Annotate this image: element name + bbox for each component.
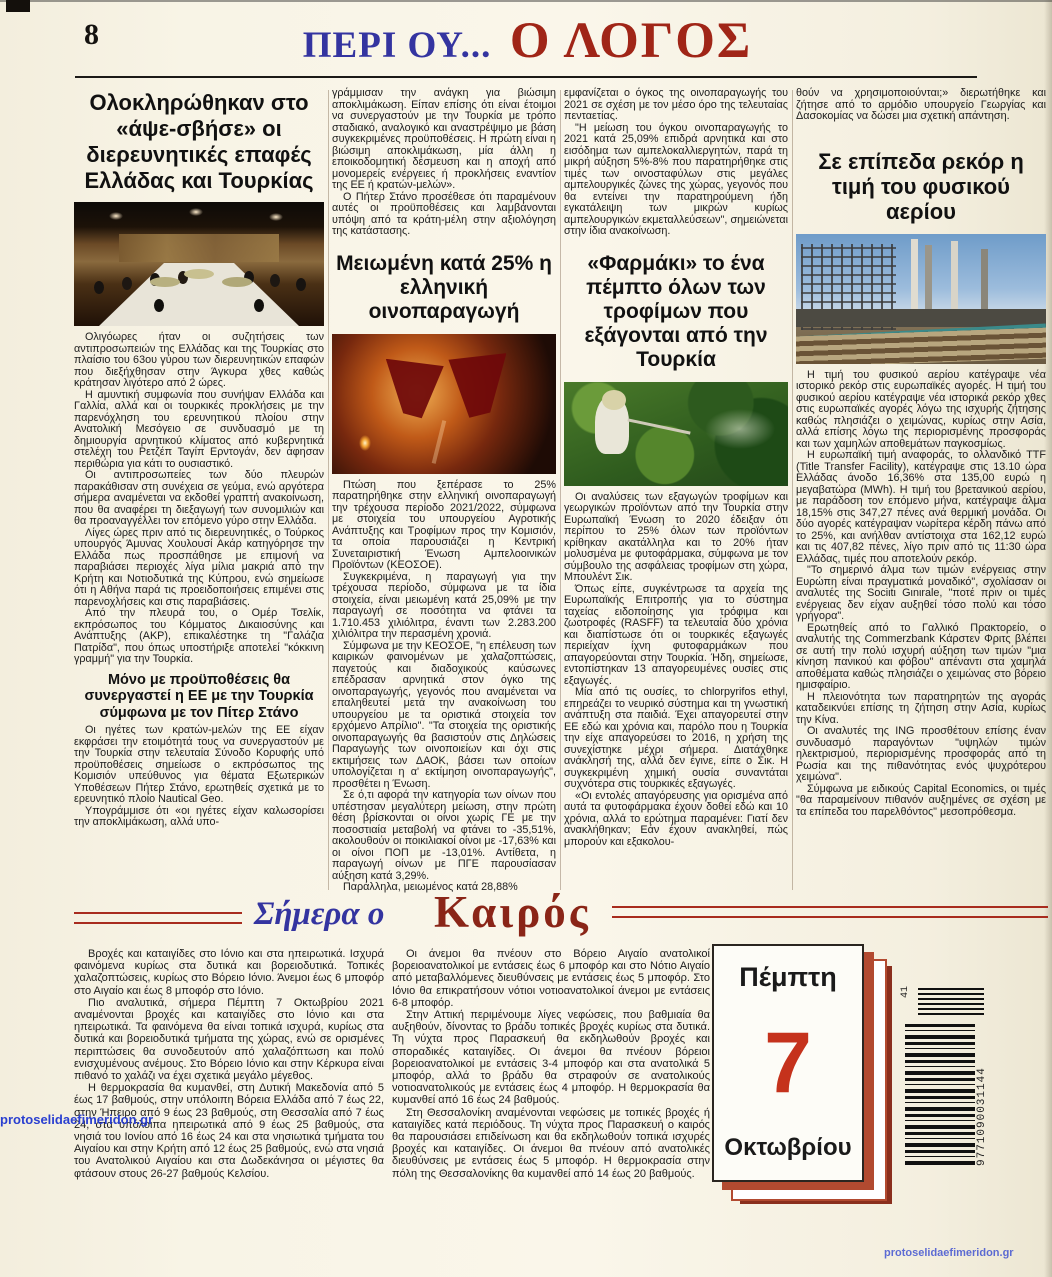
column-3: εμφανίζεται ο όγκος της οινοπαραγωγής το…	[564, 88, 788, 848]
ceiling-light-shape	[269, 213, 283, 221]
structure-band-shape	[796, 309, 1046, 327]
paragraph: Συγκεκριμένα, η παραγωγή για την τρέχουσ…	[332, 572, 556, 641]
wine-glass-shape	[448, 353, 506, 419]
weather-divider-right	[612, 906, 1048, 918]
weather-divider-left	[74, 912, 242, 924]
paragraph: Στην Αττική περιμένουμε λίγες νεφώσεις, …	[392, 1009, 710, 1107]
paragraph: Βροχές και καταιγίδες στο Ιόνιο και στα …	[74, 948, 384, 997]
pesticide-photo	[564, 382, 788, 486]
centerpiece-flowers-shape	[184, 269, 214, 279]
paragraph: Σε ό,τι αφορά την κατηγορία των οίνων πο…	[332, 790, 556, 882]
section-title: ΠΕΡΙ ΟΥ...	[303, 25, 492, 66]
paragraph: Η αμυντική συμφωνία που συνήψαν Ελλάδα κ…	[74, 390, 324, 471]
weather-title-prefix: Σήμερα ο	[254, 896, 384, 933]
article-headline: Μειωμένη κατά 25% η ελληνική οινοπαραγωγ…	[332, 252, 556, 324]
spray-mist-shape	[705, 409, 775, 449]
paragraph: Σύμφωνα με ειδικούς Capital Economics, ο…	[796, 784, 1046, 819]
article-gas-record: Σε επίπεδα ρεκόρ η τιμή του φυσικού αερί…	[796, 149, 1046, 819]
pipe-rack-shape	[796, 328, 1046, 364]
article-headline: Ολοκληρώθηκαν στο «άψε-σβήσε» οι διερευν…	[74, 90, 324, 194]
paragraph: Ο Πήτερ Στάνο προσέθεσε ότι παραμένουν α…	[332, 192, 556, 238]
barcode-number: 9771090031144	[976, 1024, 988, 1166]
calendar-date: 7	[764, 1027, 812, 1100]
wine-glass-shape	[386, 359, 444, 421]
article-greece-turkey-talks: Ολοκληρώθηκαν στο «άψε-σβήσε» οι διερευν…	[74, 88, 324, 829]
article-food-exports: «Φαρμάκι» το ένα πέμπτο όλων των τροφίμω…	[564, 252, 788, 849]
tearoff-calendar: Πέμπτη 7 Οκτωβρίου	[712, 944, 922, 1206]
delegates-shapes	[94, 281, 104, 294]
paragraph: Ολιγόωρες ήταν οι συζητήσεις των αντιπρο…	[74, 332, 324, 390]
hood-shape	[602, 390, 626, 410]
scan-corner-mark	[6, 0, 30, 12]
ceiling-light-shape	[189, 208, 203, 216]
issn-barcode	[905, 1024, 975, 1166]
paragraph: Οι άνεμοι θα πνέουν στο Βόρειο Αιγαίο αν…	[392, 948, 710, 1009]
column-rule	[792, 90, 793, 890]
paragraph: Ερωτηθείς από το Γαλλικό Πρακτορείο, ο α…	[796, 623, 1046, 692]
weather-column-general: Βροχές και καταιγίδες στο Ιόνιο και στα …	[74, 948, 384, 1180]
wine-photo	[332, 334, 556, 474]
calendar-month: Οκτωβρίου	[724, 1134, 851, 1162]
column-4: θούν να χρησιμοποιούνται;» διερωτήθηκε κ…	[796, 88, 1046, 818]
wall-tapestry-shape	[119, 234, 279, 261]
glass-stem-shape	[432, 420, 447, 464]
watermark-site: protoselidaefimeridon.gr	[0, 1112, 153, 1127]
paragraph: "Η μείωση του όγκου οινοπαραγωγής το 202…	[564, 123, 788, 238]
paragraph: Από την πλευρά του, ο Ομέρ Τσελίκ, εκπρό…	[74, 608, 324, 666]
paragraph: Οι αναλύσεις των εξαγωγών τροφίμων και γ…	[564, 492, 788, 584]
column-rule	[560, 90, 561, 890]
candle-flame-shape	[359, 435, 371, 451]
paragraph: εμφανίζεται ο όγκος της οινοπαραγωγής το…	[564, 88, 788, 123]
paragraph: Υπογράμμισε ότι «οι ηγέτες είχαν καλωσορ…	[74, 806, 324, 829]
newspaper-page: 8 ΠΕΡΙ ΟΥ... Ο ΛΟΓΟΣ Ολοκληρώθηκαν στο «…	[0, 0, 1052, 1277]
watermark-site: protoselidaefimeridon.gr	[884, 1247, 1014, 1259]
paragraph: Στη Θεσσαλονίκη αναμένονται νεφώσεις με …	[392, 1107, 710, 1180]
column-rule	[328, 90, 329, 890]
paragraph: Οι αναλυτές της ING προσθέτουν επίσης έν…	[796, 726, 1046, 784]
chimney-shapes	[911, 239, 918, 314]
article-wine-production: Μειωμένη κατά 25% η ελληνική οινοπαραγωγ…	[332, 252, 556, 894]
paragraph: Η ευρωπαϊκή τιμή αναφοράς, το ολλανδικό …	[796, 450, 1046, 565]
paragraph: Οι αντιπροσωπείες των δύο πλευρών παρακά…	[74, 470, 324, 528]
issn-barcode-top	[918, 988, 984, 1016]
paragraph: Όπως είπε, συγκέντρωσε τα αρχεία της Ευρ…	[564, 584, 788, 688]
paragraph: Πιο αναλυτικά, σήμερα Πέμπτη 7 Οκτωβρίου…	[74, 997, 384, 1082]
barcode-top-number: 41	[900, 986, 911, 998]
spray-wand-shape	[627, 419, 690, 435]
paragraph: Η θερμοκρασία θα κυμανθεί, στη Δυτική Μα…	[74, 1082, 384, 1180]
ceiling-light-shape	[109, 212, 123, 220]
scan-top-edge	[0, 0, 1052, 2]
paragraph: Μία από τις ουσίες, το chlorpyrifos ethy…	[564, 687, 788, 791]
paragraph: Λίγες ώρες πριν από τις διερευνητικές, ο…	[74, 528, 324, 609]
talks-photo	[74, 202, 324, 326]
paragraph: γράμμισαν την ανάγκη για βιώσιμη αποκλιμ…	[332, 88, 556, 192]
weather-column-winds: Οι άνεμοι θα πνέουν στο Βόρειο Αιγαίο αν…	[392, 948, 710, 1180]
paragraph: Οι ηγέτες των κρατών-μελών της ΕΕ είχαν …	[74, 725, 324, 806]
paragraph: «Οι εντολές απαγόρευσης για ορισμένα από…	[564, 791, 788, 849]
paragraph: Πτώση που ξεπέρασε το 25% παρατηρήθηκε σ…	[332, 480, 556, 572]
calendar-day: Πέμπτη	[739, 962, 836, 993]
paragraph: "Το σημερινό άλμα των τιμών ενέργειας στ…	[796, 565, 1046, 623]
gas-plant-photo	[796, 234, 1046, 364]
paragraph: θούν να χρησιμοποιούνται;» διερωτήθηκε κ…	[796, 88, 1046, 123]
masthead: ΠΕΡΙ ΟΥ... Ο ΛΟΓΟΣ	[75, 12, 980, 70]
article-headline: Σε επίπεδα ρεκόρ η τιμή του φυσικού αερί…	[796, 149, 1046, 224]
calendar-front-page: Πέμπτη 7 Οκτωβρίου	[712, 944, 864, 1182]
paragraph: Η πλειονότητα των παρατηρητών της αγοράς…	[796, 692, 1046, 727]
weather-title-main: Καιρός	[434, 886, 591, 938]
newspaper-brand: Ο ΛΟΓΟΣ	[510, 13, 752, 69]
article-headline: «Φαρμάκι» το ένα πέμπτο όλων των τροφίμω…	[564, 252, 788, 372]
masthead-rule	[75, 76, 977, 78]
article-subhead: Μόνο με προϋποθέσεις θα συνεργαστεί η ΕΕ…	[74, 672, 324, 722]
paragraph: Η τιμή του φυσικού αερίου κατέγραψε νέα …	[796, 370, 1046, 451]
column-2: γράμμισαν την ανάγκη για βιώσιμη αποκλιμ…	[332, 88, 556, 894]
paragraph: Σύμφωνα με την ΚΕΟΣΟΕ, "η επέλευση των κ…	[332, 641, 556, 791]
